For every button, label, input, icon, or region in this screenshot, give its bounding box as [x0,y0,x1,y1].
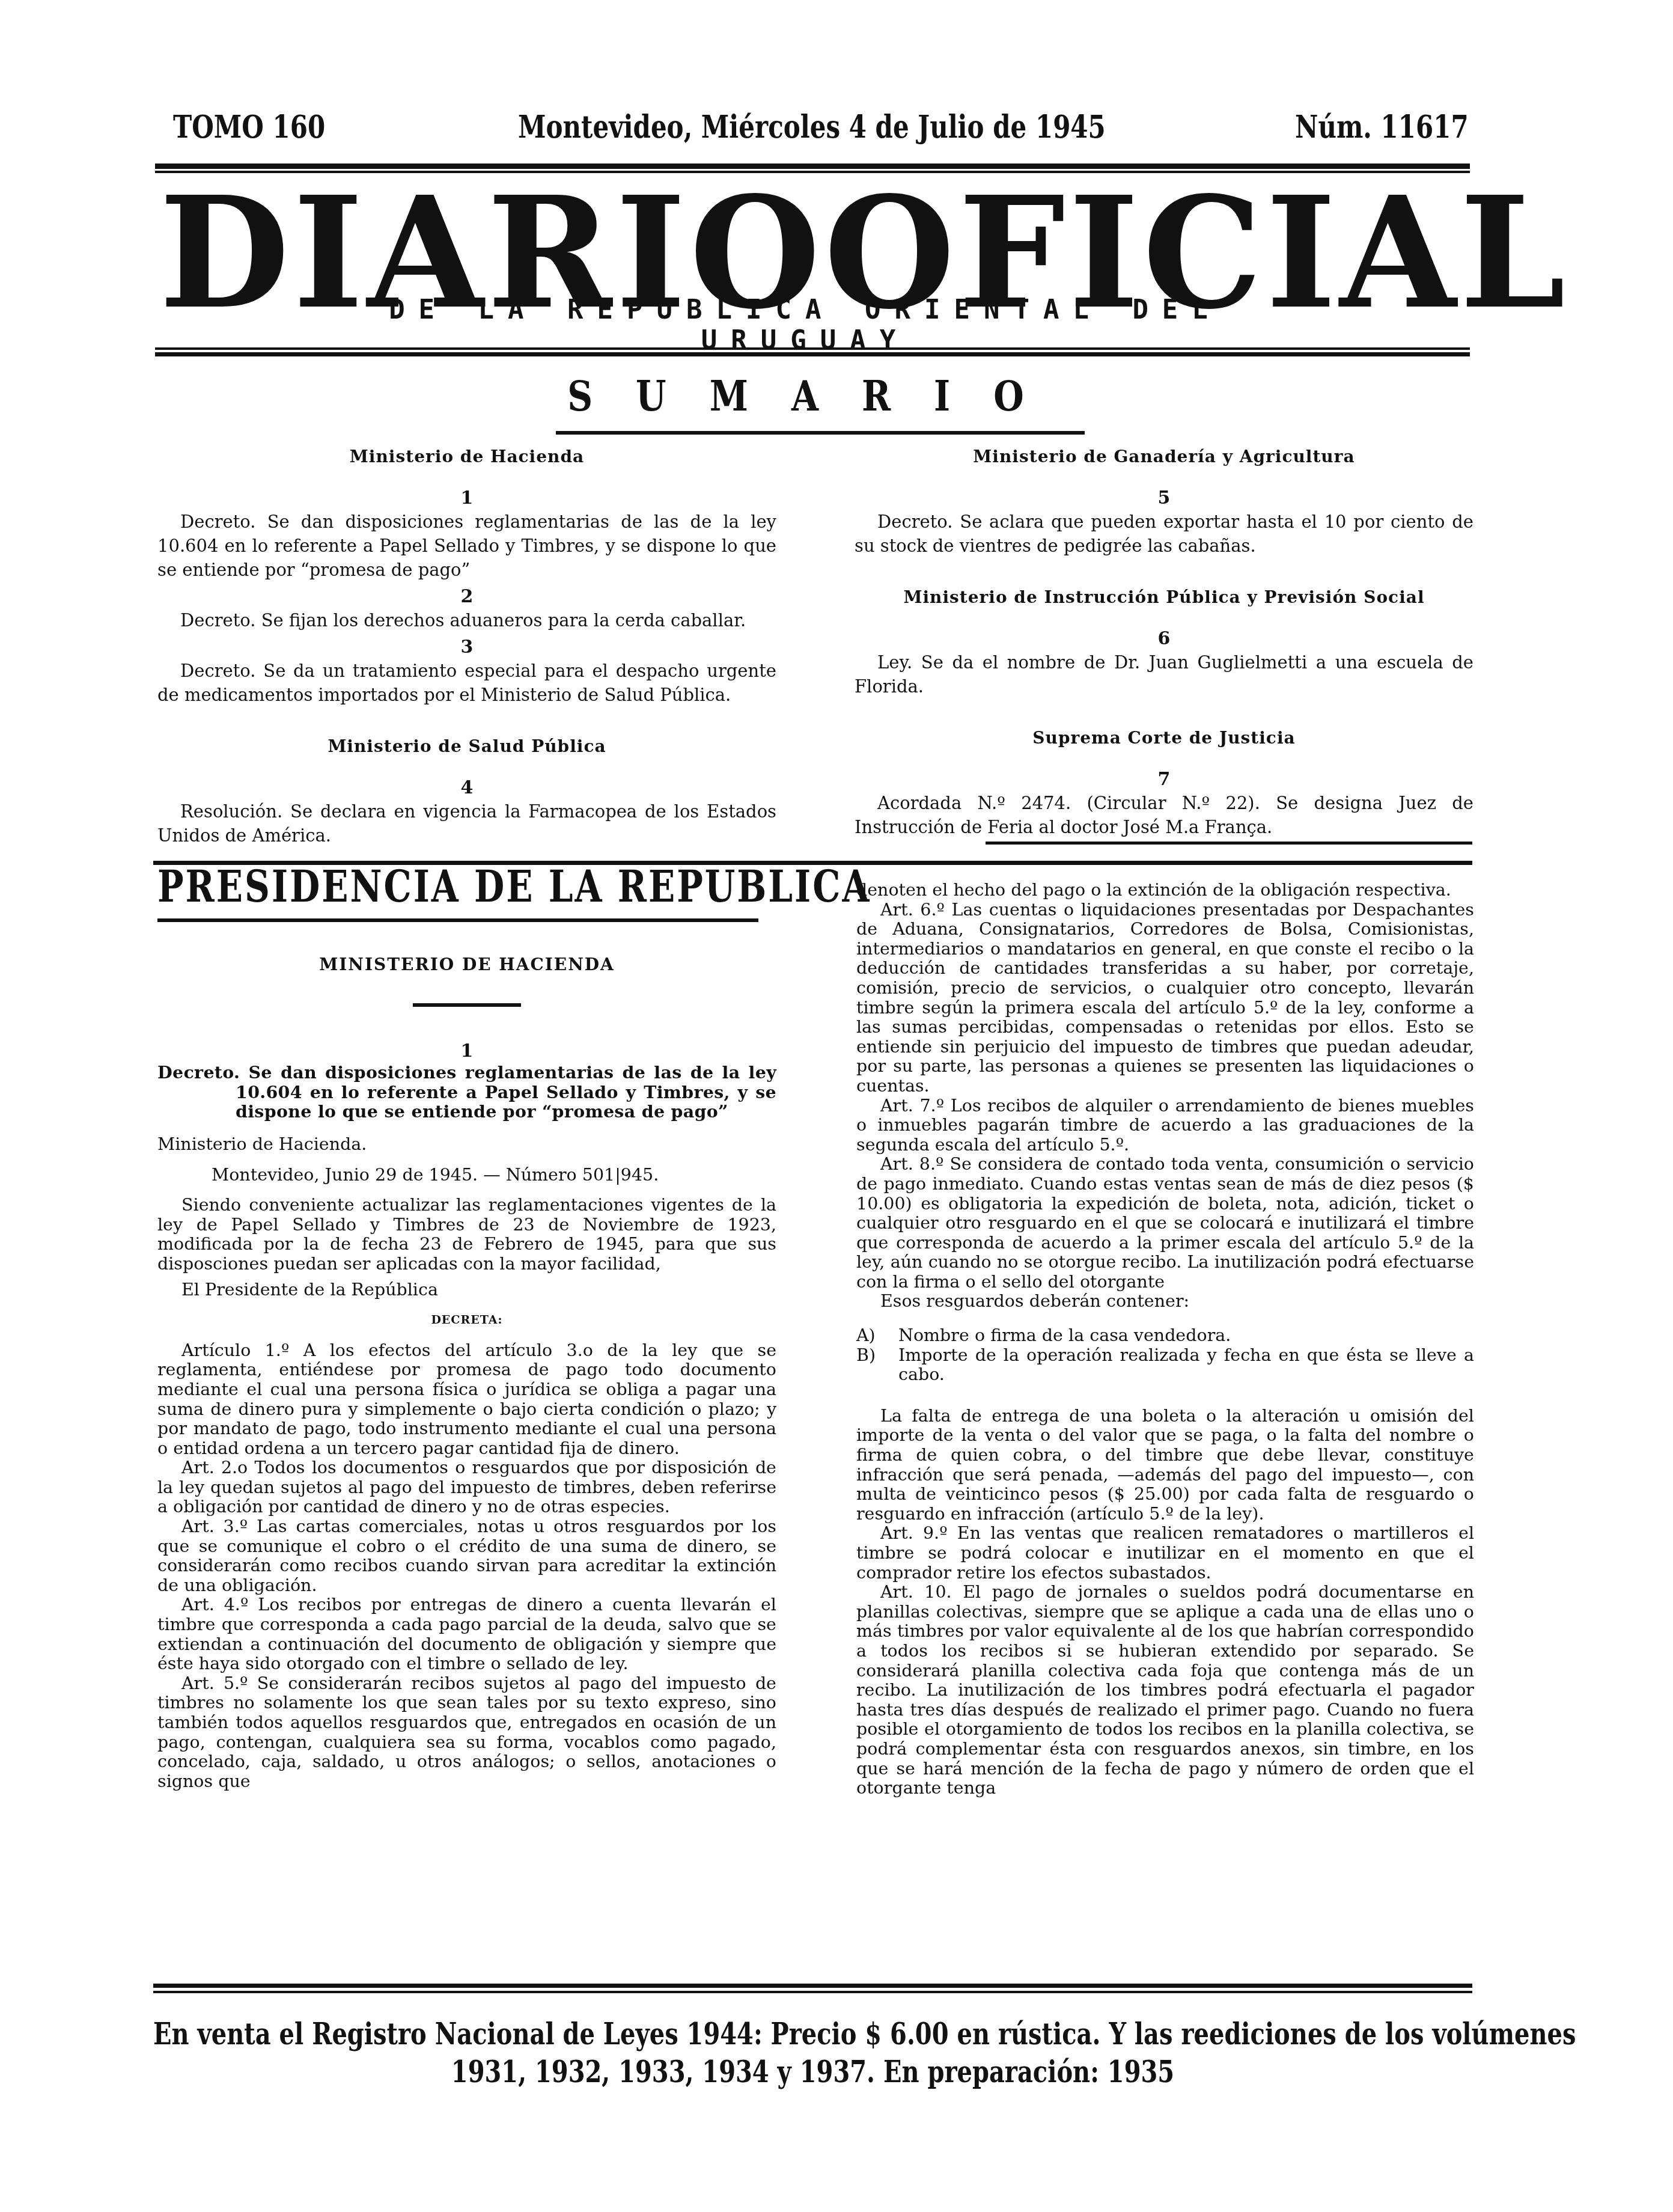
sumario-bottom-rule [986,842,1472,845]
requirement-item: B) Importe de la operación realizada y f… [856,1346,1474,1385]
sumario-ministry-heading: Ministerio de Instrucción Pública y Prev… [855,585,1473,610]
article-paragraph: Art. 6.º Las cuentas o liquidaciones pre… [856,900,1474,1096]
sumario-item-number: 3 [157,636,776,659]
article-left-column: PRESIDENCIA DE LA REPUBLICA MINISTERIO D… [157,875,776,1791]
decreta-label: DECRETA: [157,1310,776,1330]
sumario-ministry-heading: Ministerio de Hacienda [157,445,776,469]
volume-label: TOMO 160 [173,108,325,145]
sumario-item-number: 7 [855,768,1473,791]
ministry-heading: MINISTERIO DE HACIENDA [157,955,776,975]
article-paragraph: Art. 3.º Las cartas comerciales, notas u… [157,1517,776,1595]
article-paragraph: Art. 2.o Todos los documentos o resguard… [157,1458,776,1517]
requirement-label: A) [856,1326,898,1346]
sumario-ministry-heading: Suprema Corte de Justicia [855,726,1473,750]
requirement-item: A) Nombre o firma de la casa vendedora. [856,1326,1474,1346]
requirement-text: Importe de la operación realizada y fech… [898,1346,1474,1385]
sumario-ministry-heading: Ministerio de Salud Pública [157,735,776,759]
sumario-underline [556,431,1085,435]
masthead-bottom-rule [155,347,1470,356]
sumario-left-column: Ministerio de Hacienda 1 Decreto. Se dan… [157,445,776,851]
masthead-subtitle: DE LA REPUBLICA ORIENTAL DEL URUGUAY [288,295,1322,356]
article-paragraph: Artículo 1.º A los efectos del artículo … [157,1341,776,1459]
section-title: PRESIDENCIA DE LA REPUBLICA [157,875,776,899]
sumario-heading: SUMARIO [553,371,1082,421]
sumario-item[interactable]: Decreto. Se da un tratamiento especial p… [157,659,776,707]
decree-considering: Siendo conveniente actualizar las reglam… [157,1196,776,1274]
issue-number: Núm. 11617 [1295,108,1469,145]
sumario-ministry-heading: Ministerio de Ganadería y Agricultura [855,445,1473,469]
sumario-item-number: 4 [157,777,776,799]
sumario-item[interactable]: Decreto. Se fijan los derechos aduaneros… [157,608,776,632]
footer-notice-line-1: En venta el Registro Nacional de Leyes 1… [153,2017,1472,2052]
article-paragraph: Art. 10. El pago de jornales o sueldos p… [856,1583,1474,1798]
decree-number: 1 [157,1040,776,1063]
decree-title: Decreto. Se dan disposiciones reglamenta… [157,1063,776,1122]
sumario-right-column: Ministerio de Ganadería y Agricultura 5 … [855,445,1473,843]
decree-origin: Ministerio de Hacienda. [157,1135,776,1155]
sumario-item[interactable]: Resolución. Se declara en vigencia la Fa… [157,799,776,848]
sumario-item-number: 2 [157,585,776,608]
article-paragraph: Art. 7.º Los recibos de alquiler o arren… [856,1096,1474,1155]
sumario-item[interactable]: Ley. Se da el nombre de Dr. Juan Gugliel… [855,650,1473,698]
requirement-label: B) [856,1346,898,1385]
dateline: Montevideo, Miércoles 4 de Julio de 1945 [518,108,1106,145]
requirement-text: Nombre o firma de la casa vendedora. [898,1326,1231,1346]
decree-authority: El Presidente de la República [157,1280,776,1300]
article-paragraph: Art. 9.º En las ventas que realicen rema… [856,1524,1474,1583]
article-paragraph: Esos resguardos deberán contener: [856,1292,1474,1312]
sumario-item[interactable]: Acordada N.º 2474. (Circular N.º 22). Se… [855,791,1473,839]
article-right-column: denoten el hecho del pago o la extinción… [856,881,1474,1798]
sumario-item[interactable]: Decreto. Se dan disposiciones reglamenta… [157,510,776,582]
article-paragraph: Art. 8.º Se considera de contado toda ve… [856,1155,1474,1292]
footer-notice-line-2: 1931, 1932, 1933, 1934 y 1937. En prepar… [153,2055,1472,2090]
article-paragraph: Art. 4.º Los recibos por entregas de din… [157,1595,776,1673]
sumario-item-number: 6 [855,628,1473,650]
article-paragraph: La falta de entrega de una boleta o la a… [856,1407,1474,1524]
decree-place-date: Montevideo, Junio 29 de 1945. — Número 5… [157,1166,776,1185]
footer-rule [153,1984,1472,1993]
article-continuation: denoten el hecho del pago o la extinción… [856,881,1474,900]
sumario-item-number: 5 [855,487,1473,510]
sumario-item[interactable]: Decreto. Se aclara que pueden exportar h… [855,510,1473,558]
sumario-item-number: 1 [157,487,776,510]
article-paragraph: Art. 5.º Se considerarán recibos sujetos… [157,1674,776,1792]
